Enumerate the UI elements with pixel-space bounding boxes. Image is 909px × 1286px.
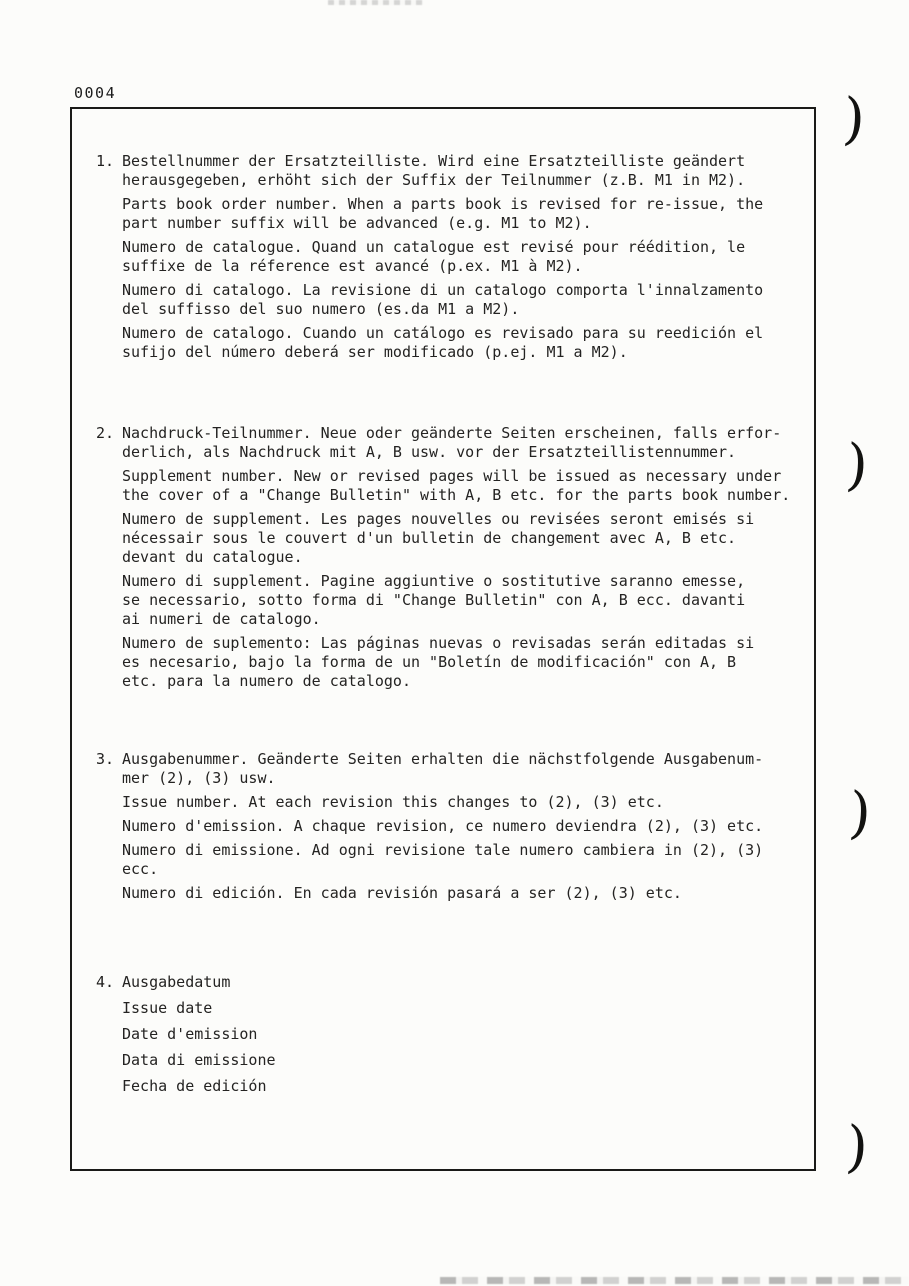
section-1-order-number: 1. Bestellnummer der Ersatzteilliste. Wi… bbox=[96, 152, 802, 367]
section-3-paragraph-english: Issue number. At each revision this chan… bbox=[122, 793, 802, 812]
section-4-paragraph-german: Ausgabedatum bbox=[122, 973, 802, 992]
binder-paren-mark-3: ) bbox=[847, 785, 873, 842]
section-2-number: 2. bbox=[96, 424, 114, 443]
section-3-paragraph-spanish: Numero di edición. En cada revisión pasa… bbox=[122, 884, 802, 903]
binder-paren-mark-4: ) bbox=[844, 1119, 870, 1176]
section-1-paragraph-spanish: Numero de catalogo. Cuando un catálogo e… bbox=[122, 324, 802, 362]
section-1-paragraph-german: Bestellnummer der Ersatzteilliste. Wird … bbox=[122, 152, 802, 190]
binder-paren-mark-1: ) bbox=[841, 91, 867, 148]
scan-artifact-bottom bbox=[440, 1277, 909, 1284]
content-border-box: 1. Bestellnummer der Ersatzteilliste. Wi… bbox=[70, 107, 816, 1171]
section-4-issue-date: 4. Ausgabedatum Issue date Date d'emissi… bbox=[96, 973, 802, 1103]
section-4-paragraph-english: Issue date bbox=[122, 999, 802, 1018]
binder-paren-mark-2: ) bbox=[844, 437, 870, 494]
section-3-paragraph-german: Ausgabenummer. Geänderte Seiten erhalten… bbox=[122, 750, 802, 788]
section-3-issue-number: 3. Ausgabenummer. Geänderte Seiten erhal… bbox=[96, 750, 802, 908]
section-3-paragraph-french: Numero d'emission. A chaque revision, ce… bbox=[122, 817, 802, 836]
section-3-paragraph-italian: Numero di emissione. Ad ogni revisione t… bbox=[122, 841, 802, 879]
section-2-paragraph-french: Numero de supplement. Les pages nouvelle… bbox=[122, 510, 802, 567]
section-2-paragraph-italian: Numero di supplement. Pagine aggiuntive … bbox=[122, 572, 802, 629]
section-1-paragraph-french: Numero de catalogue. Quand un catalogue … bbox=[122, 238, 802, 276]
section-4-paragraph-italian: Data di emissione bbox=[122, 1051, 802, 1070]
section-4-number: 4. bbox=[96, 973, 114, 992]
section-2-supplement-number: 2. Nachdruck-Teilnummer. Neue oder geänd… bbox=[96, 424, 802, 696]
section-2-paragraph-spanish: Numero de suplemento: Las páginas nuevas… bbox=[122, 634, 802, 691]
section-2-paragraph-english: Supplement number. New or revised pages … bbox=[122, 467, 802, 505]
scanned-document-page: 0004 1. Bestellnummer der Ersatzteillist… bbox=[0, 0, 909, 1286]
section-4-paragraph-french: Date d'emission bbox=[122, 1025, 802, 1044]
page-number: 0004 bbox=[74, 84, 116, 102]
section-1-paragraph-italian: Numero di catalogo. La revisione di un c… bbox=[122, 281, 802, 319]
section-4-paragraph-spanish: Fecha de edición bbox=[122, 1077, 802, 1096]
scan-artifact-top bbox=[328, 0, 423, 5]
section-3-number: 3. bbox=[96, 750, 114, 769]
section-2-paragraph-german: Nachdruck-Teilnummer. Neue oder geändert… bbox=[122, 424, 802, 462]
section-1-number: 1. bbox=[96, 152, 114, 171]
section-1-paragraph-english: Parts book order number. When a parts bo… bbox=[122, 195, 802, 233]
